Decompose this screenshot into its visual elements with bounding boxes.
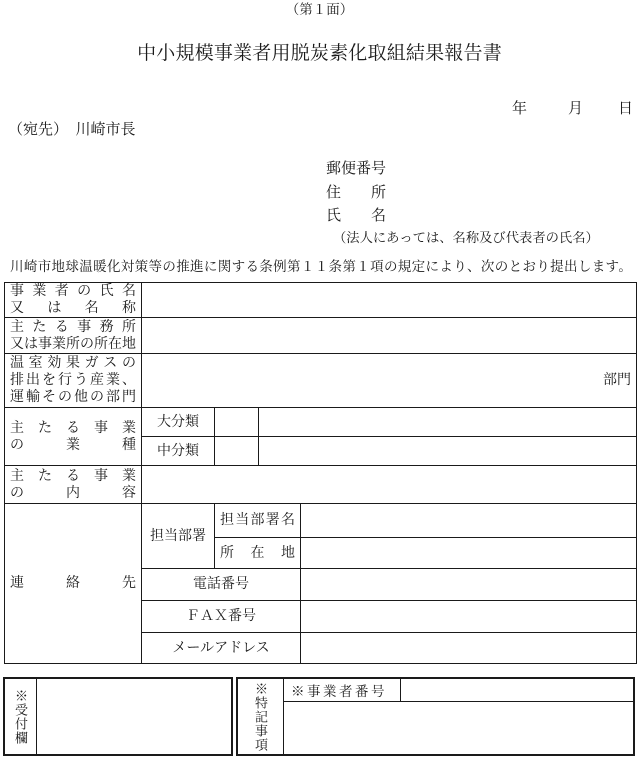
label-line: 連絡先: [10, 575, 136, 592]
special-notes-box: ※特記事項 ※事業者番号: [236, 677, 635, 756]
department-address-value[interactable]: [301, 538, 637, 569]
intro-sentence: 川崎市地球温暖化対策等の推進に関する条例第１１条第１項の規定により、次のとおり提…: [10, 259, 639, 275]
label-line: 担当部署名: [220, 512, 295, 529]
notes-label: ※特記事項: [254, 682, 267, 752]
department-name-value[interactable]: [301, 504, 637, 538]
submitter-block: 郵便番号 住 所 氏 名 （法人にあっては、名称及び代表者の氏名）: [326, 158, 599, 246]
row-contact-dept-name: 連絡先 担当部署 担当部署名: [5, 504, 637, 538]
label-line: 主たる事務所: [10, 319, 136, 336]
year-label: 年: [512, 101, 527, 117]
label-line: の内容: [10, 485, 136, 502]
label-line: 排出を行う産業、: [10, 372, 136, 389]
date-line: 年月日: [512, 100, 633, 118]
email-label: メールアドレス: [142, 633, 301, 664]
form-title: 中小規模事業者用脱炭素化取組結果報告書: [0, 44, 639, 65]
business-number-value[interactable]: [401, 679, 633, 701]
row-office-location: 主たる事務所 又は事業所の所在地: [5, 318, 637, 354]
fax-value[interactable]: [301, 601, 637, 633]
middle-class-label: 中分類: [142, 437, 215, 466]
major-class-label: 大分類: [142, 408, 215, 437]
day-label: 日: [618, 101, 633, 117]
form-page: （第１面） 中小規模事業者用脱炭素化取組結果報告書 年月日 （宛先） 川崎市長 …: [0, 0, 639, 758]
label-line: 主たる事業: [10, 468, 136, 485]
reception-box: ※受付欄: [3, 677, 233, 756]
row-business-name: 事業者の氏名 又は名称: [5, 283, 637, 318]
fax-label: ＦＡＸ番号: [142, 601, 301, 633]
reception-label: ※受付欄: [14, 689, 27, 745]
label-line: 所在地: [220, 545, 295, 562]
department-address-label: 所在地: [215, 538, 301, 569]
ghg-sector-value[interactable]: 部門: [142, 354, 637, 408]
major-class-value[interactable]: [259, 408, 637, 437]
addressee: （宛先） 川崎市長: [8, 121, 136, 139]
label-line: 運輸その他の部門: [10, 389, 136, 406]
label-line: 主たる事業: [10, 420, 136, 437]
address-label: 住 所: [326, 182, 599, 206]
department-name-label: 担当部署名: [215, 504, 301, 538]
middle-class-code[interactable]: [215, 437, 259, 466]
ghg-sector-label: 温室効果ガスの 排出を行う産業、 運輸その他の部門: [5, 354, 142, 408]
phone-label: 電話番号: [142, 569, 301, 601]
business-name-value[interactable]: [142, 283, 637, 318]
notes-label-cell: ※特記事項: [238, 679, 284, 754]
label-line: 又は事業所の所在地: [10, 336, 136, 353]
label-line: 事業者の氏名: [10, 283, 136, 300]
row-ghg-sector: 温室効果ガスの 排出を行う産業、 運輸その他の部門 部門: [5, 354, 637, 408]
contact-label: 連絡先: [5, 504, 142, 664]
email-value[interactable]: [301, 633, 637, 664]
report-table: 事業者の氏名 又は名称 主たる事務所 又は事業所の所在地 温室効果ガスの 排出を…: [4, 282, 637, 664]
corporate-note: （法人にあっては、名称及び代表者の氏名）: [333, 230, 599, 246]
notes-content: ※事業者番号: [284, 679, 633, 754]
sector-suffix-label: 部門: [603, 373, 631, 388]
business-name-label: 事業者の氏名 又は名称: [5, 283, 142, 318]
business-type-label: 主たる事業 の業種: [5, 408, 142, 466]
label-line: の業種: [10, 437, 136, 454]
reception-label-cell: ※受付欄: [5, 679, 37, 754]
department-label: 担当部署: [142, 504, 215, 569]
row-business-detail: 主たる事業 の内容: [5, 466, 637, 504]
label-line: 温室効果ガスの: [10, 355, 136, 372]
page-number-label: （第１面）: [0, 3, 639, 18]
phone-value[interactable]: [301, 569, 637, 601]
office-location-label: 主たる事務所 又は事業所の所在地: [5, 318, 142, 354]
name-label: 氏 名: [326, 205, 599, 229]
middle-class-value[interactable]: [259, 437, 637, 466]
business-detail-label: 主たる事業 の内容: [5, 466, 142, 504]
business-number-label: ※事業者番号: [284, 679, 401, 701]
row-business-type-major: 主たる事業 の業種 大分類: [5, 408, 637, 437]
label-line: 又は名称: [10, 300, 136, 317]
notes-area[interactable]: [284, 702, 633, 754]
month-label: 月: [568, 101, 583, 117]
office-location-value[interactable]: [142, 318, 637, 354]
business-number-row: ※事業者番号: [284, 679, 633, 702]
business-detail-value[interactable]: [142, 466, 637, 504]
major-class-code[interactable]: [215, 408, 259, 437]
postal-code-label: 郵便番号: [326, 158, 599, 182]
reception-area[interactable]: [37, 679, 231, 754]
